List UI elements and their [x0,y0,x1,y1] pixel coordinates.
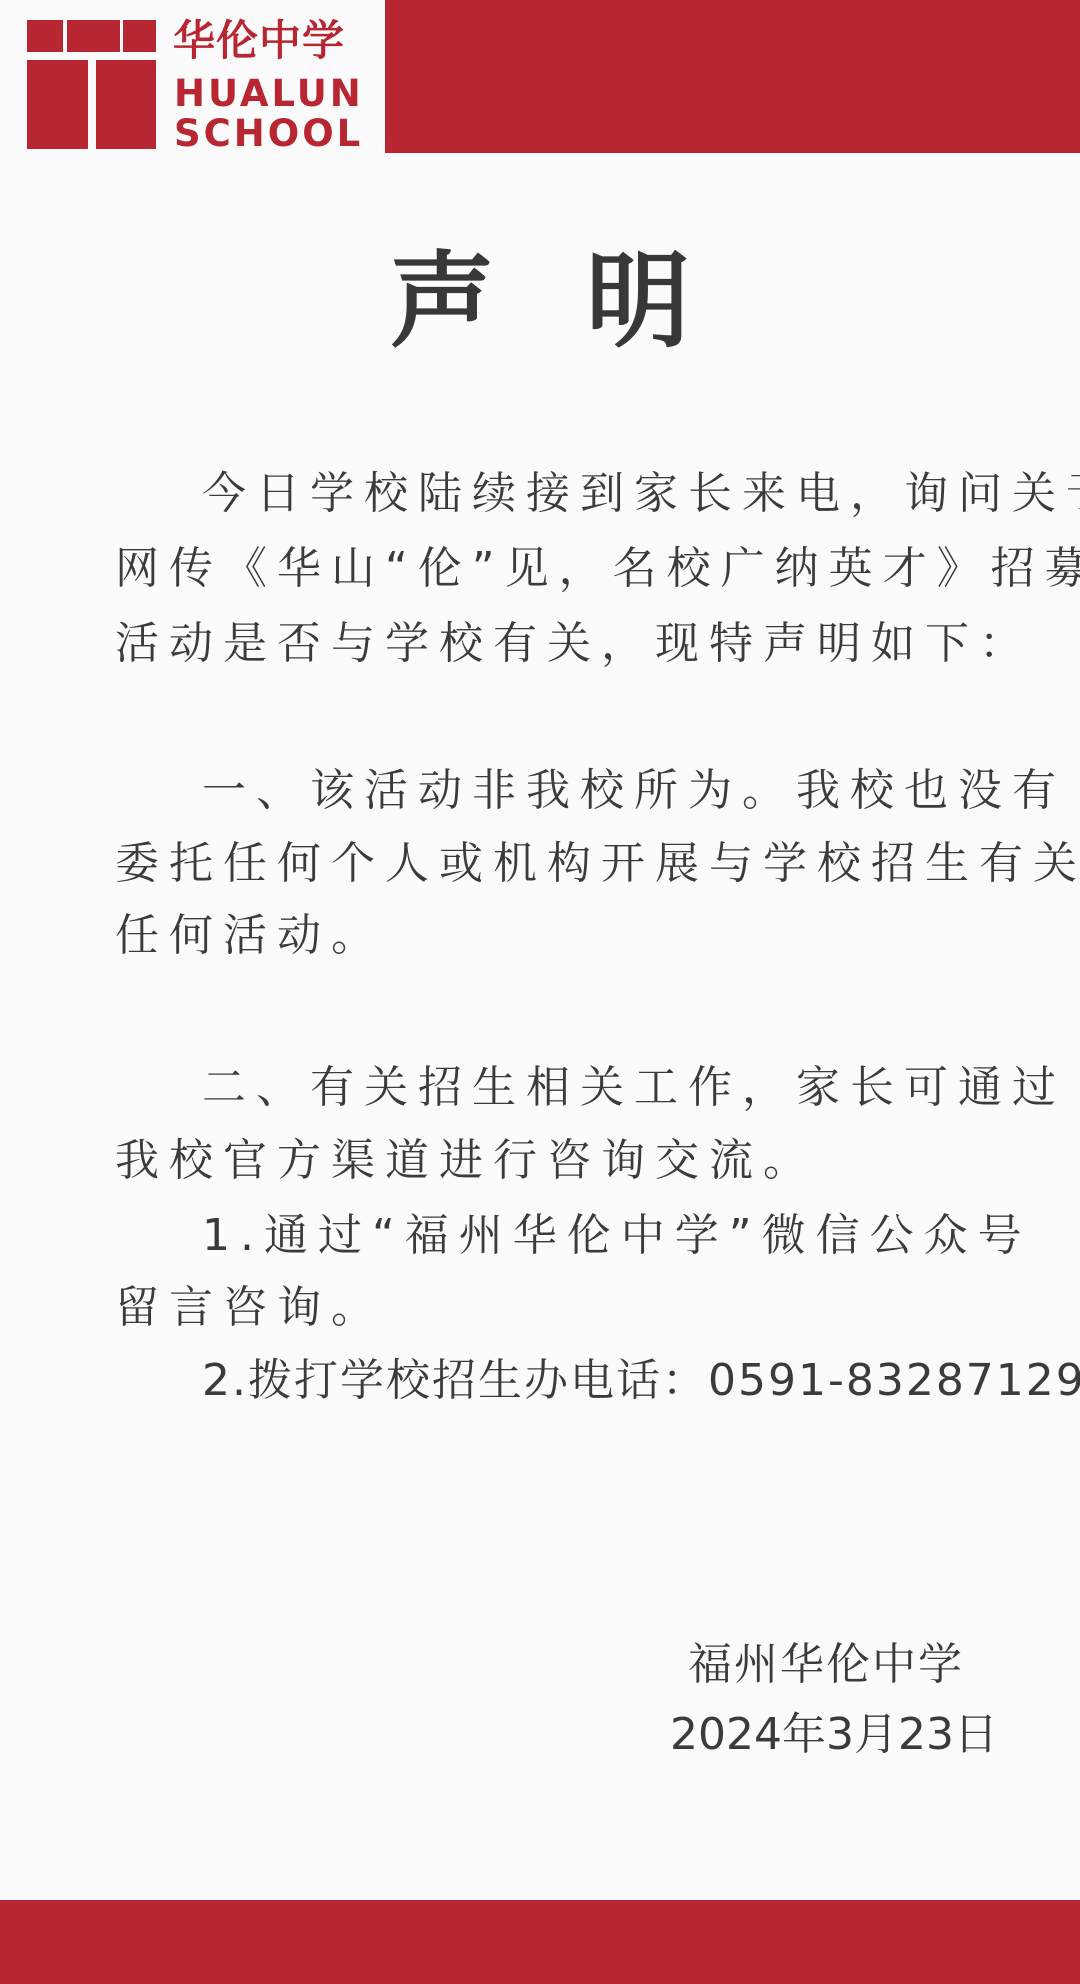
paragraph-line: 活动是否与学校有关，现特声明如下： [115,614,985,674]
footer-red-band [0,1900,1080,1984]
logo-name-english-line2: SCHOOL [174,114,363,154]
signature-organization: 福州华伦中学 [688,1635,964,1695]
paragraph-line: 任何活动。 [115,906,985,966]
header-red-band [385,0,1080,153]
logo-block-top-middle [67,20,120,52]
title-char-1: 声 [390,236,494,366]
title-char-2: 明 [586,236,690,366]
logo-name-chinese: 华伦中学 [173,16,345,66]
logo-block-bottom-right [96,60,156,149]
paragraph-line: 我校官方渠道进行咨询交流。 [115,1131,985,1191]
logo-block-top-left [27,20,63,52]
paragraph-line: 留言咨询。 [115,1278,985,1338]
logo-name-english-line1: HUALUN [174,74,364,114]
contact-phone-line: 2.拨打学校招生办电话：0591-83287129 [202,1351,992,1411]
paragraph-line: 委托任何个人或机构开展与学校招生有关的 [115,834,985,894]
page-title: 声明 [0,236,1080,366]
paragraph-line: 网传《华山“伦”见，名校广纳英才》招募 [115,539,985,599]
paragraph-line: 一、该活动非我校所为。我校也没有 [202,761,992,821]
paragraph-line: 二、有关招生相关工作，家长可通过 [202,1058,992,1118]
paragraph-line: 今日学校陆续接到家长来电，询问关于 [202,464,992,524]
signature-date: 2024年3月23日 [670,1705,998,1765]
logo-block-bottom-left [27,60,88,149]
logo-block-top-right [123,20,156,52]
contact-wechat-line: 1.通过“福州华伦中学”微信公众号 [202,1206,992,1266]
